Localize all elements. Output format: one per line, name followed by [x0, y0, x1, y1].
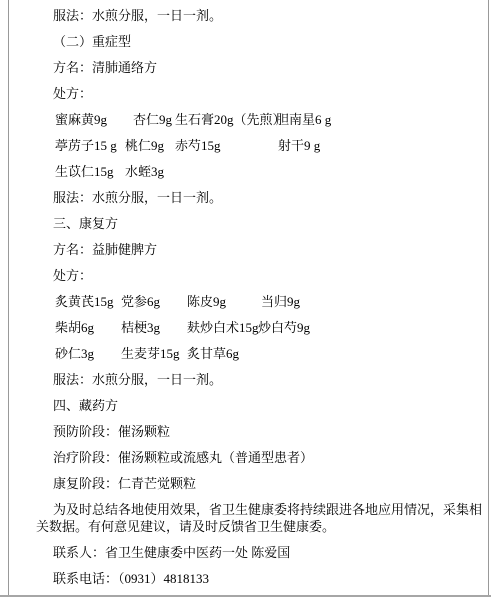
stage-recovery: 康复阶段：仁青芒觉颗粒: [36, 475, 484, 492]
section-heading-tibetan-medicine: 四、藏药方: [36, 397, 484, 414]
stage-treatment: 治疗阶段：催汤颗粒或流感丸（普通型患者）: [36, 449, 484, 466]
prescription-label: 处方：: [36, 267, 484, 284]
herb-item: 生苡仁15g: [55, 163, 114, 180]
section-heading-severe-type: （二）重症型: [36, 33, 484, 50]
contact-person: 联系人：省卫生健康委中医药一处 陈爱国: [36, 544, 484, 561]
stage-prevention: 预防阶段：催汤颗粒: [36, 423, 484, 440]
herb-row: 蜜麻黄9g杏仁9g生石膏20g（先煎）胆南星6 g: [36, 111, 484, 128]
herb-item: 生麦芽15g: [121, 345, 180, 362]
herb-item: 桃仁9g: [125, 137, 164, 154]
prescription-label: 处方：: [36, 85, 484, 102]
herb-item: 赤芍15g: [175, 137, 221, 154]
herb-row: 炙黄芪15g党参6g陈皮9g当归9g: [36, 293, 484, 310]
herb-item: 炙甘草6g: [187, 345, 239, 362]
herb-item: 炒白芍9g: [258, 319, 310, 336]
contact-phone: 联系电话：（0931）4818133: [36, 570, 484, 587]
herb-item: 生石膏20g（先煎）: [175, 111, 286, 128]
herb-item: 葶苈子15 g: [55, 137, 117, 154]
herb-row: 葶苈子15 g桃仁9g赤芍15g射干9 g: [36, 137, 484, 154]
closing-note: 为及时总结各地使用效果，省卫生健康委将持续跟进各地应用情况，采集相关数据。有何意…: [36, 501, 484, 535]
herb-item: 当归9g: [261, 293, 300, 310]
formula-name-yifei: 方名：益肺健脾方: [36, 241, 484, 258]
formula-name-qingfei: 方名：清肺通络方: [36, 59, 484, 76]
herb-item: 砂仁3g: [55, 345, 94, 362]
document-frame: 服法：水煎分服，一日一剂。（二）重症型方名：清肺通络方处方：蜜麻黄9g杏仁9g生…: [8, 0, 489, 596]
herb-row: 生苡仁15g水蛭3g: [36, 163, 484, 180]
herb-item: 柴胡6g: [55, 319, 94, 336]
usage-line-severe-prev: 服法：水煎分服，一日一剂。: [36, 7, 484, 24]
usage-line-recovery: 服法：水煎分服，一日一剂。: [36, 371, 484, 388]
herb-item: 桔梗3g: [121, 319, 160, 336]
herb-item: 水蛭3g: [125, 163, 164, 180]
herb-row: 砂仁3g生麦芽15g炙甘草6g: [36, 345, 484, 362]
herb-item: 射干9 g: [278, 137, 320, 154]
section-heading-recovery-formula: 三、康复方: [36, 215, 484, 232]
herb-item: 杏仁9g: [133, 111, 172, 128]
document-body: 服法：水煎分服，一日一剂。（二）重症型方名：清肺通络方处方：蜜麻黄9g杏仁9g生…: [9, 0, 488, 587]
herb-item: 炙黄芪15g: [55, 293, 114, 310]
herb-item: 麸炒白术15g: [187, 319, 259, 336]
herb-item: 党参6g: [121, 293, 160, 310]
herb-row: 柴胡6g桔梗3g麸炒白术15g炒白芍9g: [36, 319, 484, 336]
usage-line-severe: 服法：水煎分服，一日一剂。: [36, 189, 484, 206]
herb-item: 胆南星6 g: [276, 111, 331, 128]
herb-item: 蜜麻黄9g: [55, 111, 107, 128]
herb-item: 陈皮9g: [187, 293, 226, 310]
